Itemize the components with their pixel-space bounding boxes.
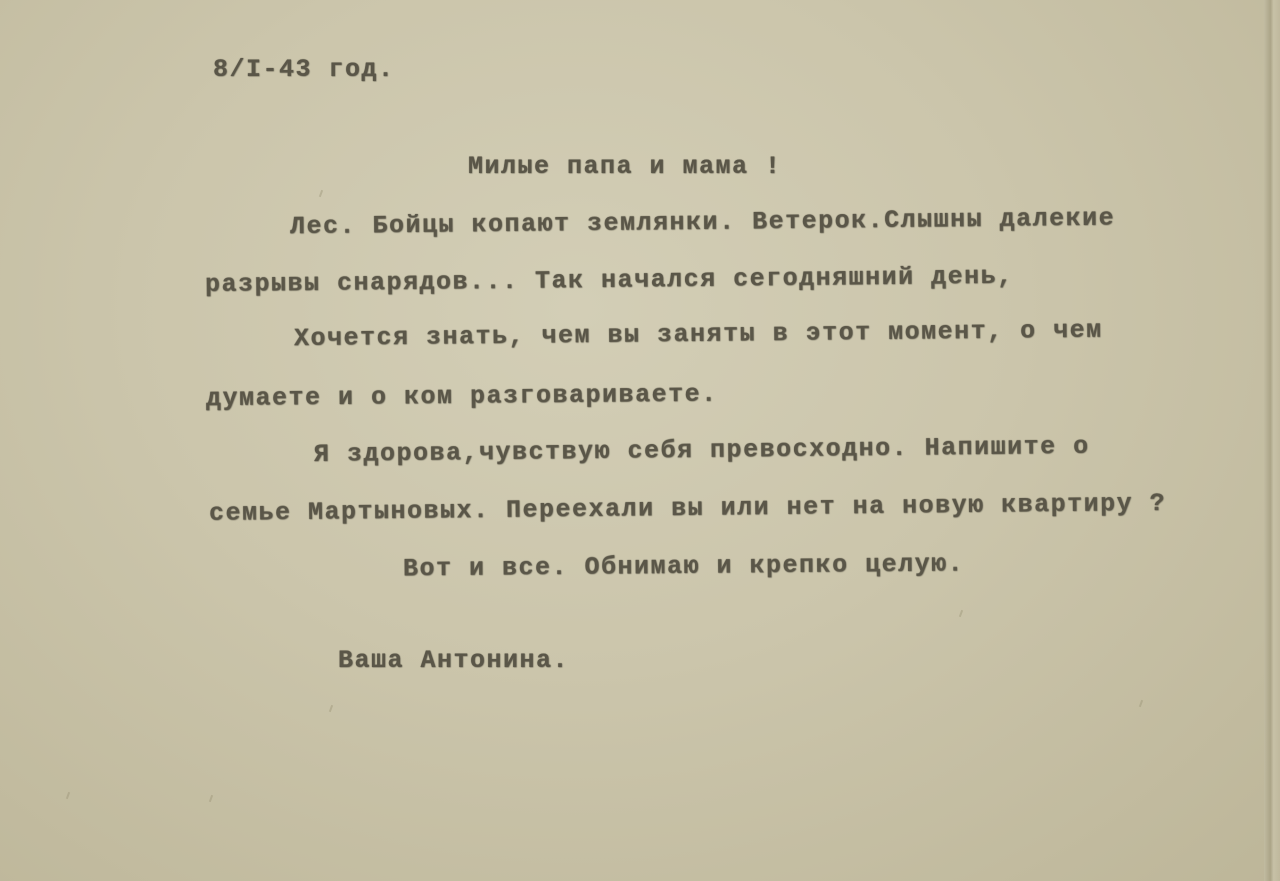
paper-edge xyxy=(1264,0,1280,881)
letter-line: Вот и все. Обнимаю и крепко целую. xyxy=(403,550,964,584)
letter-date: 8/I-43 год. xyxy=(213,55,395,84)
letter-line: думаете и о ком разговариваете. xyxy=(206,380,718,413)
letter-signature: Ваша Антонина. xyxy=(338,646,569,675)
letter-salutation: Милые папа и мама ! xyxy=(468,152,782,181)
